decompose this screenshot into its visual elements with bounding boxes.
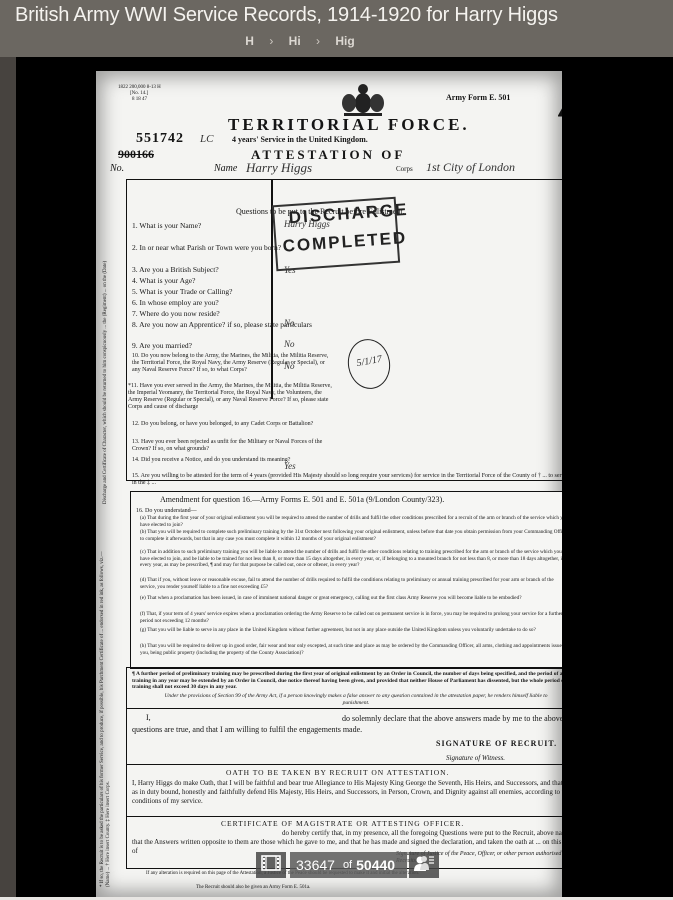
question-text: Did you receive a Notice, and do you und… <box>141 457 290 463</box>
side-panel-handle[interactable] <box>0 57 16 900</box>
no-label: No. <box>110 163 124 174</box>
question-number: 2. <box>132 243 138 252</box>
question-number: 9. <box>132 341 138 350</box>
bottom-note: The Recruit should also be given an Army… <box>196 885 310 890</box>
of-label: of <box>343 859 352 871</box>
question-number: 10. <box>132 353 140 359</box>
answer-apprentice: No <box>284 318 295 328</box>
breadcrumb-separator: › <box>316 34 320 48</box>
army-form-code: Army Form E. 501 <box>446 93 510 102</box>
amendment-title: Amendment for question 16.—Army Forms E.… <box>160 495 444 504</box>
regimental-number: 551742 <box>136 131 184 147</box>
oath-text: I, Harry Higgs do make Oath, that I will… <box>132 779 562 806</box>
question-number: *11. <box>128 383 138 389</box>
q16-item: (d) That if you, without leave or reason… <box>140 577 562 590</box>
certificate-title: CERTIFICATE OF MAGISTRATE OR ATTESTING O… <box>221 819 464 828</box>
question-number: 3. <box>132 265 138 274</box>
question-text: Where do you now reside? <box>139 309 219 318</box>
image-number-group: 33647 of 50440 <box>290 852 407 878</box>
date-stamp-text: 5/1/17 <box>356 354 383 369</box>
people-list-icon <box>413 854 435 877</box>
signature-recruit-label: SIGNATURE OF RECRUIT. <box>436 739 557 748</box>
question-number: 6. <box>132 298 138 307</box>
q16-item: (h) That you will be required to deliver… <box>140 643 562 656</box>
q16-item: (b) That you will be required to complet… <box>140 529 562 542</box>
image-navigator: 33647 of 50440 <box>256 852 439 878</box>
form-heading: TERRITORIAL FORCE. <box>228 115 470 135</box>
answer-british-subject: Yes <box>284 265 296 275</box>
triangle-badge-icon <box>558 81 562 117</box>
question-text: What is your Name? <box>139 221 201 230</box>
divider <box>126 708 562 709</box>
q16-list: (a) That during the first year of your o… <box>140 515 562 665</box>
question-text: Are you married? <box>139 341 192 350</box>
q16-intro: 16. Do you understand— <box>136 508 197 514</box>
filmstrip-button[interactable] <box>256 852 286 878</box>
question-text: Are you willing to be attested for the t… <box>132 473 562 486</box>
oath-title: OATH TO BE TAKEN BY RECRUIT ON ATTESTATI… <box>226 768 449 777</box>
struck-number: 900166 <box>118 147 154 162</box>
footnote-paragraph: ¶ A further period of preliminary traini… <box>132 671 562 691</box>
q16-item: (a) That during the first year of your o… <box>140 515 562 528</box>
total-images: 50440 <box>356 857 395 873</box>
question-text: What is your Age? <box>139 276 195 285</box>
answer-belong-army: No <box>284 361 295 371</box>
q16-item: (f) That, if your term of 4 years' servi… <box>140 611 562 624</box>
question-number: 15. <box>132 473 140 479</box>
royal-coat-of-arms-icon <box>336 83 390 117</box>
margin-note: * If so, the Recruit is to be asked the … <box>100 547 112 887</box>
question-number: 1. <box>132 221 138 230</box>
question-number: 5. <box>132 287 138 296</box>
answer-married: No <box>284 339 295 349</box>
question-text: Do you belong, or have you belonged, to … <box>141 421 313 427</box>
false-answer-warning: Under the provisions of Section 99 of th… <box>156 693 556 706</box>
question-number: 8. <box>132 320 138 329</box>
question-text: Have you ever been rejected as unfit for… <box>132 439 322 452</box>
question-number: 12. <box>132 421 140 427</box>
breadcrumb-item-hi[interactable]: Hi <box>289 34 301 48</box>
q16-item: (g) That you will be liable to serve in … <box>140 627 562 634</box>
margin-note: Discharge and Certificate of Character, … <box>103 244 109 504</box>
question-text: Are you a British Subject? <box>139 265 219 274</box>
page-title: British Army WWI Service Records, 1914-1… <box>15 4 558 27</box>
breadcrumb-separator: › <box>269 34 273 48</box>
divider <box>126 816 562 817</box>
signature-witness-label: Signature of Witness. <box>446 754 505 762</box>
question-number: 14. <box>132 457 140 463</box>
divider <box>126 764 562 765</box>
question-text: In whose employ are you? <box>140 298 219 307</box>
recruit-name: Harry Higgs <box>246 160 312 176</box>
question-text: Have you ever served in the Army, the Ma… <box>128 383 332 410</box>
breadcrumb: H › Hi › Hig <box>0 34 600 48</box>
print-ref-line: 8 18 47 <box>118 97 161 103</box>
declaration-text: do solemnly declare that the above answe… <box>132 713 562 735</box>
handwritten-suffix: LC <box>200 133 213 145</box>
breadcrumb-item-h[interactable]: H <box>245 34 254 48</box>
q16-item: (c) That in addition to such preliminary… <box>140 549 562 569</box>
answer-notice: Yes <box>284 461 296 471</box>
question-number: 4. <box>132 276 138 285</box>
question-number: 7. <box>132 309 138 318</box>
form-subheading: 4 years' Service in the United Kingdom. <box>232 135 368 144</box>
page-header: British Army WWI Service Records, 1914-1… <box>0 0 673 57</box>
corps-value: 1st City of London <box>426 160 515 175</box>
name-label: Name <box>214 163 237 174</box>
index-people-button[interactable] <box>409 852 439 878</box>
q16-item: (e) That when a proclamation has been is… <box>140 595 562 602</box>
filmstrip-icon <box>261 855 281 876</box>
question-number: 13. <box>132 439 140 445</box>
question-text: In or near what Parish or Town were you … <box>140 243 282 252</box>
print-ref: 1822 200,000 8-13 H [No. 14.] 8 18 47 <box>118 85 161 103</box>
question-text: What is your Trade or Calling? <box>139 287 232 296</box>
answer-name: Harry Higgs <box>284 219 330 229</box>
current-image-input[interactable]: 33647 <box>296 857 335 873</box>
question-text: Do you now belong to the Army, the Marin… <box>132 353 328 373</box>
document-image: 1822 200,000 8-13 H [No. 14.] 8 18 47 Ar… <box>96 71 562 897</box>
questions-list: 1. What is your Name? 2. In or near what… <box>132 221 562 481</box>
corps-label: Corps <box>396 165 413 173</box>
breadcrumb-item-hig[interactable]: Hig <box>335 34 354 48</box>
